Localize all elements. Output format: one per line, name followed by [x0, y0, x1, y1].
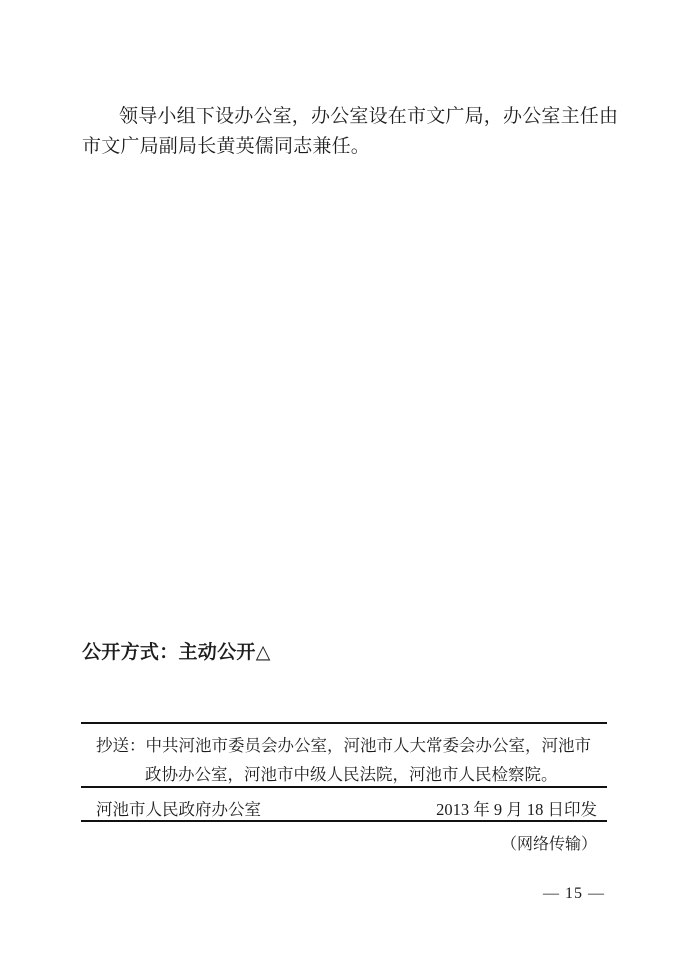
copy-to-line-1: 抄送：中共河池市委员会办公室，河池市人大常委会办公室，河池市: [96, 732, 608, 761]
footer-top-rule: [81, 722, 607, 724]
body-paragraph-line-2: 市文广局副局长黄英儒同志兼任。: [82, 132, 612, 162]
document-page: 领导小组下设办公室，办公室设在市文广局，办公室主任由 市文广局副局长黄英儒同志兼…: [0, 0, 680, 961]
body-paragraph: 领导小组下设办公室，办公室设在市文广局，办公室主任由 市文广局副局长黄英儒同志兼…: [82, 102, 612, 162]
page-number: — 15 —: [500, 884, 605, 903]
issuer-row: 河池市人民政府办公室 2013 年 9 月 18 日印发: [96, 800, 597, 820]
footer-bottom-rule: [81, 820, 607, 822]
issuing-office: 河池市人民政府办公室: [96, 800, 261, 820]
body-paragraph-line-1: 领导小组下设办公室，办公室设在市文广局，办公室主任由: [82, 102, 612, 132]
copy-to-line-2: 政协办公室，河池市中级人民法院，河池市人民检察院。: [145, 761, 608, 790]
footer-middle-rule: [81, 786, 607, 788]
publicity-method-line: 公开方式：主动公开△: [82, 642, 271, 664]
copy-to-block: 抄送：中共河池市委员会办公室，河池市人大常委会办公室，河池市 政协办公室，河池市…: [96, 732, 608, 789]
transmission-note: （网络传输）: [81, 835, 597, 854]
print-date: 2013 年 9 月 18 日印发: [436, 800, 597, 820]
